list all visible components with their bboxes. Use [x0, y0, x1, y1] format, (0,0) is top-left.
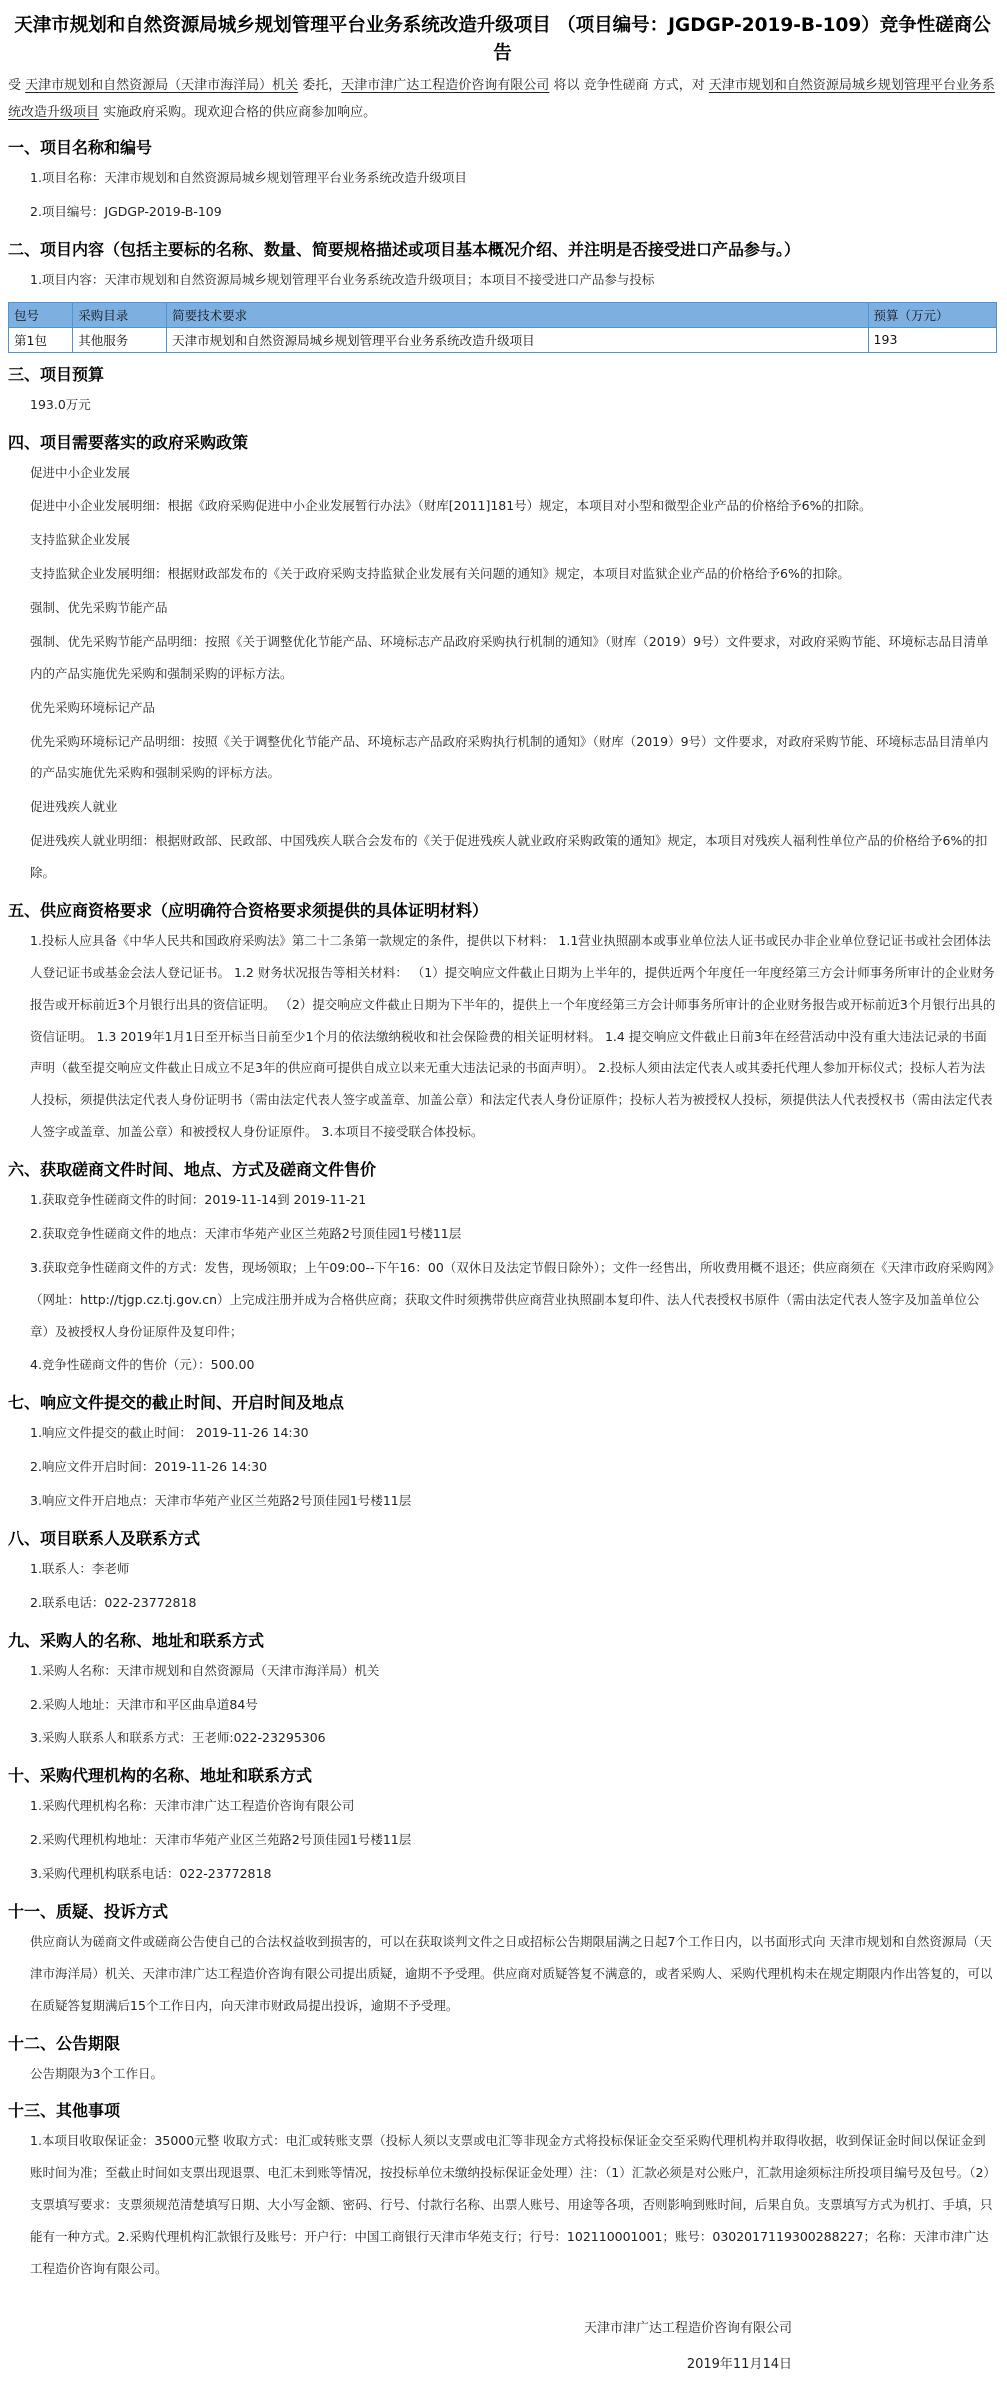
section-8-heading: 八、项目联系人及联系方式	[8, 1527, 997, 1551]
project-number-item: 2.项目编号：JGDGP-2019-B-109	[8, 196, 997, 228]
announcement-page: 天津市规划和自然资源局城乡规划管理平台业务系统改造升级项目 （项目编号：JGDG…	[0, 0, 1007, 2398]
other-matters-paragraph: 1.本项目收取保证金：35000元整 收取方式：电汇或转账支票（投标人须以支票或…	[8, 2125, 997, 2284]
policy-title-disabled: 促进残疾人就业	[8, 791, 997, 823]
policy-detail-prison: 支持监狱企业发展明细：根据财政部发布的《关于政府采购支持监狱企业发展有关问题的通…	[8, 558, 997, 590]
intro-text: 受	[8, 78, 25, 93]
intro-text: 委托，	[298, 78, 341, 93]
cell-catalog: 其他服务	[73, 327, 167, 352]
lots-table-header-row: 包号 采购目录 简要技术要求 预算（万元）	[9, 302, 997, 327]
cell-budget: 193	[868, 327, 996, 352]
intro-text: 实施政府采购。现欢迎合格的供应商参加响应。	[99, 105, 376, 120]
section-9-heading: 九、采购人的名称、地址和联系方式	[8, 1629, 997, 1653]
intro-text: 将以	[549, 78, 583, 93]
contact-phone-item: 2.联系电话：022-23772818	[8, 1587, 997, 1619]
document-footer: 天津市津广达工程造价咨询有限公司 2019年11月14日	[8, 2311, 997, 2384]
project-content-item: 1.项目内容：天津市规划和自然资源局城乡规划管理平台业务系统改造升级项目；本项目…	[8, 264, 997, 296]
column-header-catalog: 采购目录	[73, 302, 167, 327]
section-2-heading: 二、项目内容（包括主要标的名称、数量、简要规格描述或项目基本概况介绍、并注明是否…	[8, 238, 997, 262]
response-open-time-item: 2.响应文件开启时间：2019-11-26 14:30	[8, 1451, 997, 1483]
section-3-heading: 三、项目预算	[8, 363, 997, 387]
announcement-period-item: 公告期限为3个工作日。	[8, 2058, 997, 2090]
section-10-heading: 十、采购代理机构的名称、地址和联系方式	[8, 1764, 997, 1788]
procurement-method: 竞争性磋商	[584, 78, 649, 93]
footer-company-name: 天津市津广达工程造价咨询有限公司	[8, 2311, 792, 2347]
budget-amount: 193.0万元	[8, 389, 997, 421]
policy-detail-environment: 优先采购环境标记产品明细：按照《关于调整优化节能产品、环境标志产品政府采购执行机…	[8, 726, 997, 790]
document-time-item: 1.获取竞争性磋商文件的时间：2019-11-14到 2019-11-21	[8, 1184, 997, 1216]
purchaser-name-underlined: 天津市规划和自然资源局（天津市海洋局）机关	[25, 78, 298, 93]
lots-table: 包号 采购目录 简要技术要求 预算（万元） 第1包 其他服务 天津市规划和自然资…	[8, 302, 997, 353]
policy-title-environment: 优先采购环境标记产品	[8, 692, 997, 724]
column-header-package: 包号	[9, 302, 73, 327]
section-11-heading: 十一、质疑、投诉方式	[8, 1900, 997, 1924]
project-name-item: 1.项目名称：天津市规划和自然资源局城乡规划管理平台业务系统改造升级项目	[8, 162, 997, 194]
supplier-qualification-requirements: 1.投标人应具备《中华人民共和国政府采购法》第二十二条第一款规定的条件，提供以下…	[8, 925, 997, 1148]
purchaser-name-item: 1.采购人名称：天津市规划和自然资源局（天津市海洋局）机关	[8, 1655, 997, 1687]
agency-address-item: 2.采购代理机构地址：天津市华苑产业区兰苑路2号顶佳园1号楼11层	[8, 1824, 997, 1856]
response-open-place-item: 3.响应文件开启地点：天津市华苑产业区兰苑路2号顶佳园1号楼11层	[8, 1485, 997, 1517]
section-4-heading: 四、项目需要落实的政府采购政策	[8, 431, 997, 455]
footer-date: 2019年11月14日	[8, 2347, 792, 2383]
section-12-heading: 十二、公告期限	[8, 2032, 997, 2056]
section-1-heading: 一、项目名称和编号	[8, 136, 997, 160]
section-5-heading: 五、供应商资格要求（应明确符合资格要求须提供的具体证明材料）	[8, 899, 997, 923]
intro-paragraph: 受 天津市规划和自然资源局（天津市海洋局）机关 委托，天津市津广达工程造价咨询有…	[8, 72, 997, 127]
column-header-requirements: 简要技术要求	[167, 302, 868, 327]
section-6-heading: 六、获取磋商文件时间、地点、方式及磋商文件售价	[8, 1158, 997, 1182]
cell-requirements: 天津市规划和自然资源局城乡规划管理平台业务系统改造升级项目	[167, 327, 868, 352]
column-header-budget: 预算（万元）	[868, 302, 996, 327]
document-price-item: 4.竞争性磋商文件的售价（元）：500.00	[8, 1349, 997, 1381]
agency-name-item: 1.采购代理机构名称：天津市津广达工程造价咨询有限公司	[8, 1790, 997, 1822]
page-title: 天津市规划和自然资源局城乡规划管理平台业务系统改造升级项目 （项目编号：JGDG…	[8, 12, 997, 68]
policy-detail-energy: 强制、优先采购节能产品明细：按照《关于调整优化节能产品、环境标志产品政府采购执行…	[8, 626, 997, 690]
query-complaint-paragraph: 供应商认为磋商文件或磋商公告使自己的合法权益收到损害的，可以在获取谈判文件之日或…	[8, 1926, 997, 2022]
contact-person-item: 1.联系人：李老师	[8, 1553, 997, 1585]
policy-title-prison: 支持监狱企业发展	[8, 524, 997, 556]
section-7-heading: 七、响应文件提交的截止时间、开启时间及地点	[8, 1391, 997, 1415]
document-place-item: 2.获取竞争性磋商文件的地点：天津市华苑产业区兰苑路2号顶佳园1号楼11层	[8, 1218, 997, 1250]
section-13-heading: 十三、其他事项	[8, 2099, 997, 2123]
purchaser-contact-item: 3.采购人联系人和联系方式：王老师:022-23295306	[8, 1722, 997, 1754]
response-deadline-item: 1.响应文件提交的截止时间： 2019-11-26 14:30	[8, 1417, 997, 1449]
document-method-item: 3.获取竞争性磋商文件的方式：发售，现场领取；上午09:00--下午16：00（…	[8, 1252, 997, 1348]
policy-title-sme: 促进中小企业发展	[8, 457, 997, 489]
agency-name-underlined: 天津市津广达工程造价咨询有限公司	[341, 78, 549, 93]
policy-detail-disabled: 促进残疾人就业明细：根据财政部、民政部、中国残疾人联合会发布的《关于促进残疾人就…	[8, 825, 997, 889]
cell-package: 第1包	[9, 327, 73, 352]
policy-detail-sme: 促进中小企业发展明细：根据《政府采购促进中小企业发展暂行办法》（财库[2011]…	[8, 490, 997, 522]
policy-title-energy: 强制、优先采购节能产品	[8, 592, 997, 624]
table-row: 第1包 其他服务 天津市规划和自然资源局城乡规划管理平台业务系统改造升级项目 1…	[9, 327, 997, 352]
agency-phone-item: 3.采购代理机构联系电话：022-23772818	[8, 1858, 997, 1890]
purchaser-address-item: 2.采购人地址：天津市和平区曲阜道84号	[8, 1689, 997, 1721]
intro-text: 方式，对	[649, 78, 709, 93]
